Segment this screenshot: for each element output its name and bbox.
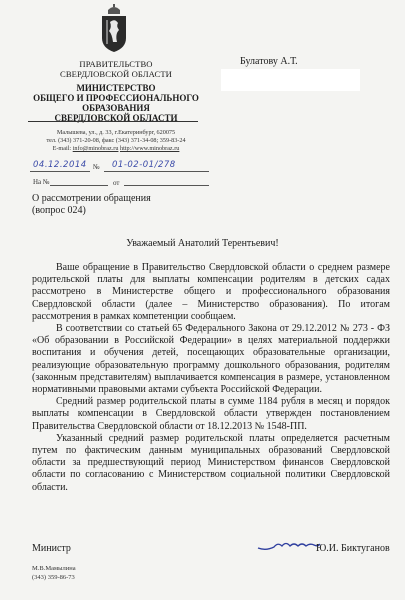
- from-label: от: [113, 179, 119, 187]
- executor-phone: (343) 359-86-73: [32, 573, 76, 582]
- ministry-header: МИНИСТЕРСТВО ОБЩЕГО И ПРОФЕССИОНАЛЬНОГО …: [20, 83, 212, 123]
- government-line: ПРАВИТЕЛЬСТВО: [20, 59, 212, 69]
- coat-of-arms-icon: [97, 4, 131, 54]
- reply-number-underline: [50, 185, 108, 186]
- website-link[interactable]: http://www.minobraz.ru: [120, 145, 179, 152]
- email-link[interactable]: info@minobraz.ru: [73, 145, 119, 152]
- redacted-address-block: [221, 69, 360, 91]
- reply-date-underline: [124, 185, 209, 186]
- subject: О рассмотрении обращения (вопрос 024): [32, 193, 151, 217]
- ministry-line: ОБРАЗОВАНИЯ: [20, 103, 212, 113]
- reply-to-label: На №: [33, 178, 50, 186]
- handwritten-signature-icon: [256, 538, 322, 552]
- date-underline: [30, 171, 90, 172]
- government-header: ПРАВИТЕЛЬСТВО СВЕРДЛОВСКОЙ ОБЛАСТИ: [20, 59, 212, 79]
- ministry-phones: тел. (343) 371-20-08, факс (343) 371-34-…: [20, 137, 212, 145]
- ministry-contacts: Малышева, ул., д. 33, г.Екатеринбург, 62…: [20, 129, 212, 153]
- body-paragraph: Средний размер родительской платы в сумм…: [32, 396, 390, 433]
- greeting: Уважаемый Анатолий Терентьевич!: [0, 238, 405, 249]
- executor-info: М.В.Мамылина (343) 359-86-73: [32, 564, 76, 582]
- ministry-line: ОБЩЕГО И ПРОФЕССИОНАЛЬНОГО: [20, 93, 212, 103]
- body-paragraph: Указанный средний размер родительской пл…: [32, 433, 390, 494]
- signer-title: Министр: [32, 543, 71, 554]
- number-label: №: [93, 163, 100, 171]
- number-underline: [104, 171, 209, 172]
- signer-name: Ю.И. Биктуганов: [316, 543, 390, 554]
- letter-number: 01-02-01/278: [112, 160, 176, 170]
- government-line: СВЕРДЛОВСКОЙ ОБЛАСТИ: [20, 69, 212, 79]
- subject-line: О рассмотрении обращения: [32, 193, 151, 205]
- executor-name: М.В.Мамылина: [32, 564, 76, 573]
- addressee: Булатову А.Т.: [240, 56, 298, 67]
- body-paragraph: Ваше обращение в Правительство Свердловс…: [32, 262, 390, 323]
- body-paragraph: В соответствии со статьей 65 Федеральног…: [32, 323, 390, 396]
- letter-body: Ваше обращение в Правительство Свердловс…: [32, 262, 390, 494]
- email-label: E-mail:: [53, 145, 72, 152]
- ministry-address: Малышева, ул., д. 33, г.Екатеринбург, 62…: [20, 129, 212, 137]
- header-divider: [28, 121, 198, 122]
- subject-line: (вопрос 024): [32, 205, 151, 217]
- ministry-line: МИНИСТЕРСТВО: [20, 83, 212, 93]
- letter-date: 04.12.2014: [33, 160, 87, 170]
